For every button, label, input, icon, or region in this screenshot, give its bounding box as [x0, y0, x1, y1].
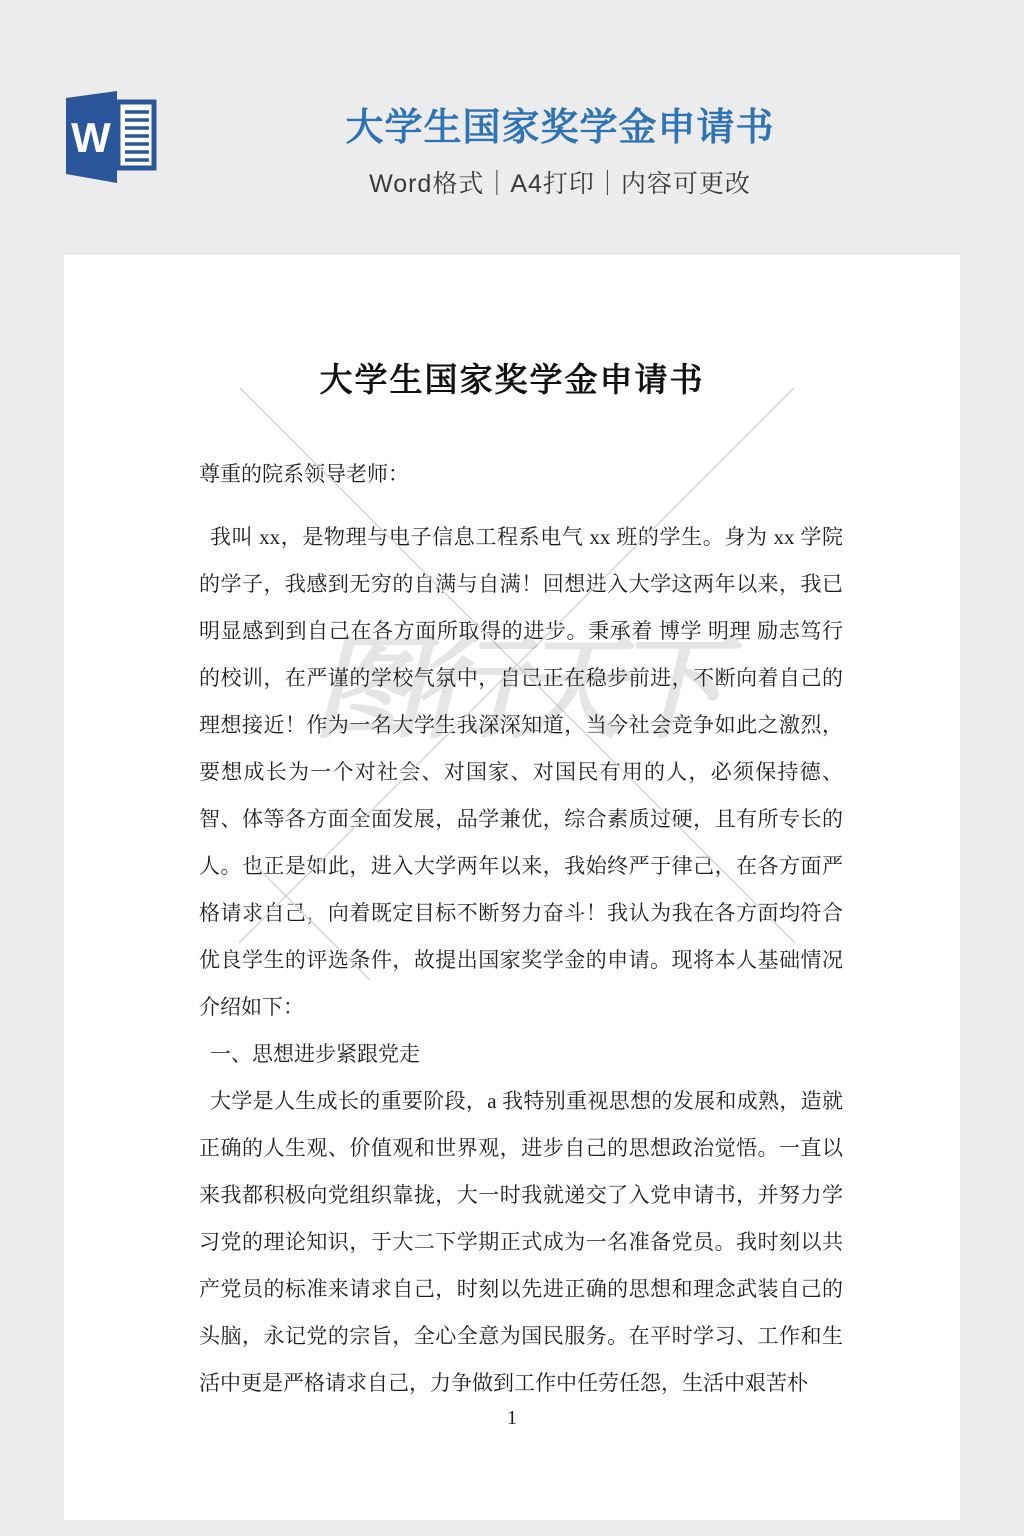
header-text-block: 大学生国家奖学金申请书 Word格式｜A4打印｜内容可更改 [96, 0, 1024, 200]
salutation-line: 尊重的院系领导老师： [199, 451, 843, 498]
paragraph-intro: 我叫 xx，是物理与电子信息工程系电气 xx 班的学生。身为 xx 学院的学子，… [199, 514, 843, 1031]
header-subtitle: Word格式｜A4打印｜内容可更改 [96, 164, 1024, 200]
page-number: 1 [64, 1407, 960, 1430]
document-page: 图行天下 大学生国家奖学金申请书 尊重的院系领导老师： 我叫 xx，是物理与电子… [64, 255, 960, 1520]
header: W 大学生国家奖学金申请书 Word格式｜A4打印｜内容可更改 [0, 0, 1024, 255]
document-content: 大学生国家奖学金申请书 尊重的院系领导老师： 我叫 xx，是物理与电子信息工程系… [64, 255, 960, 1407]
header-title: 大学生国家奖学金申请书 [96, 96, 1024, 151]
page-background: W 大学生国家奖学金申请书 Word格式｜A4打印｜内容可更改 图行天下 大学生… [0, 0, 1024, 1536]
paragraph-section1: 大学是人生成长的重要阶段，a 我特别重视思想的发展和成熟，造就正确的人生观、价值… [199, 1078, 843, 1407]
document-title: 大学生国家奖学金申请书 [64, 255, 960, 401]
section-heading-1: 一、思想进步紧跟党走 [199, 1031, 843, 1078]
